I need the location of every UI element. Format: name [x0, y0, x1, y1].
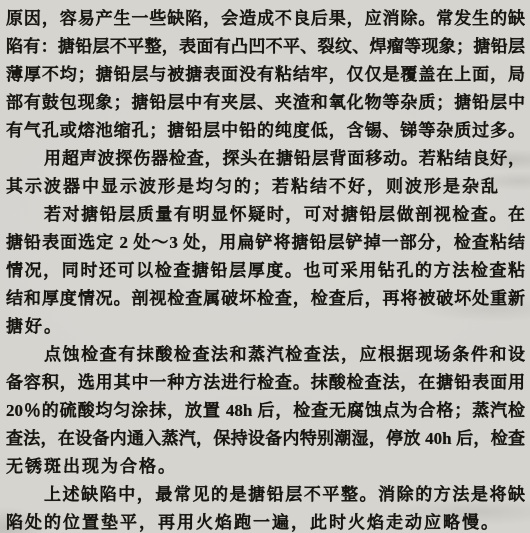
text-line: 20％的硫酸均匀涂抹，放置 48h 后，检查无腐蚀点为合格；蒸汽检: [6, 397, 525, 425]
text-line: 点蚀检查有抹酸检查法和蒸汽检查法，应根据现场条件和设: [6, 341, 525, 369]
text-line: 搪铅表面选定 2 处～3 处，用扁铲将搪铅层铲掉一部分，检查粘结: [6, 229, 525, 257]
text-line: 用超声波探伤器检查，探头在搪铅层背面移动。若粘结良好，: [6, 145, 525, 173]
text-line: 有气孔或熔池缩孔；搪铅层中铅的纯度低，含锡、锑等杂质过多。: [6, 117, 525, 145]
scanned-page: 原因，容易产生一些缺陷，会造成不良后果，应消除。常发生的缺陷有：搪铅层不平整，表…: [0, 0, 530, 533]
text-line: 结和厚度情况。剖视检查属破坏检查，检查后，再将被破坏处重新: [6, 285, 525, 313]
text-line: 其示波器中显示波形是均匀的；若粘结不好，则波形是杂乱的。: [6, 173, 525, 201]
document-text: 原因，容易产生一些缺陷，会造成不良后果，应消除。常发生的缺陷有：搪铅层不平整，表…: [6, 5, 525, 533]
text-line: 情况，同时还可以检查搪铅层厚度。也可采用钻孔的方法检查粘: [6, 257, 525, 285]
text-line: 备容积，选用其中一种方法进行检查。抹酸检查法，在搪铅表面用: [6, 369, 525, 397]
text-line: 薄厚不均；搪铅层与被搪表面没有粘结牢，仅仅是覆盖在上面，局: [6, 61, 525, 89]
text-line: 上述缺陷中，最常见的是搪铅层不平整。消除的方法是将缺: [6, 481, 525, 509]
text-line: 部有鼓包现象；搪铅层中有夹层、夹渣和氧化物等杂质；搪铅层中: [6, 89, 525, 117]
text-line: 陷有：搪铅层不平整，表面有凸凹不平、裂纹、焊瘤等现象；搪铅层: [6, 33, 525, 61]
text-line: 陷处的位置垫平，再用火焰跑一遍，此时火焰走动应略慢。: [6, 509, 525, 533]
text-line: 无锈斑出现为合格。: [6, 453, 525, 481]
text-line: 若对搪铅层质量有明显怀疑时，可对搪铅层做剖视检查。在: [6, 201, 525, 229]
text-line: 搪好。: [6, 313, 525, 341]
text-line: 查法，在设备内通入蒸汽，保持设备内特别潮湿，停放 40h 后，检查: [6, 425, 525, 453]
text-line: 原因，容易产生一些缺陷，会造成不良后果，应消除。常发生的缺: [6, 5, 525, 33]
